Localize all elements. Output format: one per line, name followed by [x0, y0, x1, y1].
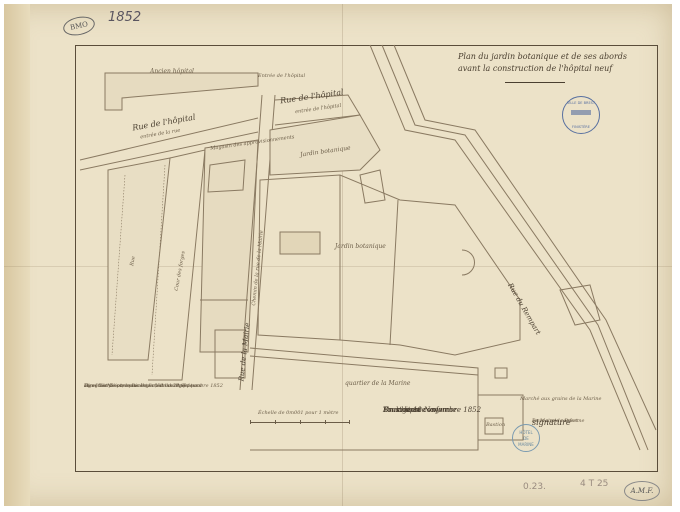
scale-label: Échelle de 0m001 pour 1 mètre: [258, 410, 338, 416]
bottom-archive-stamp: A.M.F.: [624, 481, 660, 501]
ref-left: 0.23.: [523, 482, 546, 492]
label-bastion: Bastion: [486, 422, 505, 428]
archive-stamp-bar: [571, 110, 591, 115]
right-signature: signature: [532, 418, 571, 427]
label-quartier-marine: quartier de la Marine: [345, 380, 410, 387]
map-title-line1: Plan du jardin botanique et de ses abord…: [458, 52, 627, 62]
year-annotation: 1852: [108, 10, 141, 25]
map-drawing: [0, 0, 680, 512]
ref-right: 4 T 25: [580, 479, 608, 489]
marine-stamp-line: MARINE: [513, 442, 539, 448]
archive-stamp-top: VILLE DE BREST: [563, 101, 599, 105]
marine-stamp: HÔTEL DE MARINE: [512, 424, 540, 452]
certification-signature: Toulaguen: [383, 404, 420, 416]
left-note-line: signé Le Maire, le Directeur, et les Ing…: [84, 383, 201, 389]
title-underline: [505, 82, 565, 83]
label-marche: Marché aux grains de la Marine: [520, 396, 601, 402]
archive-stamp-bottom: FINISTÈRE: [563, 125, 599, 129]
label-jardin-botanique-mid: Jardin botanique: [335, 243, 386, 250]
map-title-line2: avant la construction de l'hôpital neuf: [458, 64, 612, 74]
label-entree: Entrée de l'hôpital: [258, 73, 305, 79]
archive-stamp: VILLE DE BREST FINISTÈRE: [562, 96, 600, 134]
label-ancien-hopital: Ancien hôpital: [150, 68, 194, 75]
scale-bar: [250, 422, 350, 425]
